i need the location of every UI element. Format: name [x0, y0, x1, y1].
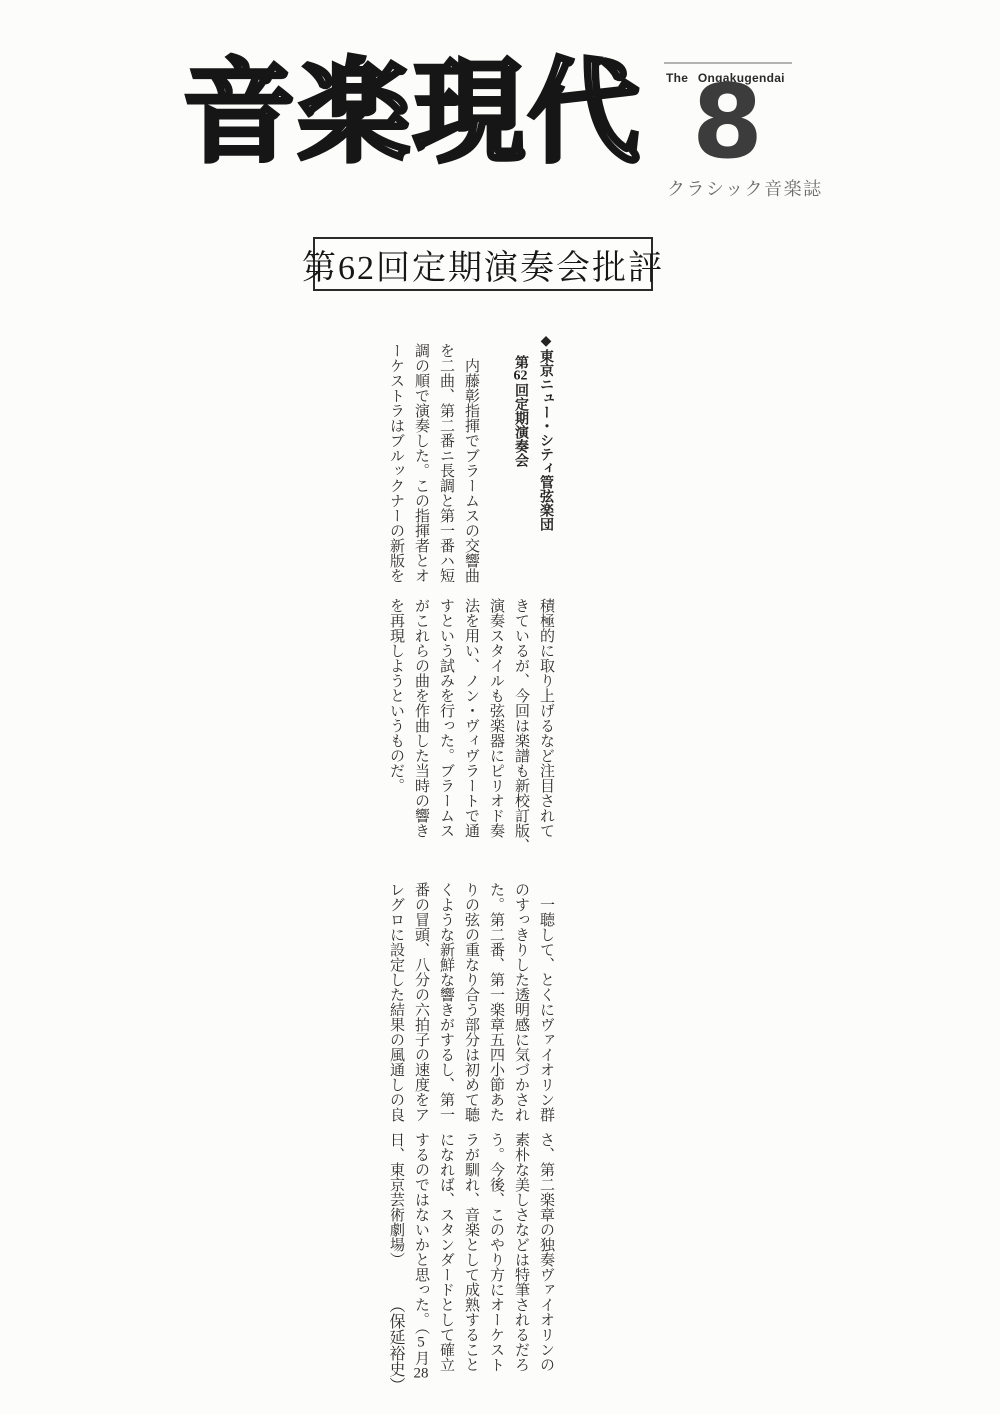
text-column: 番の冒頭、八分の六拍子の速度をア: [408, 882, 433, 1122]
headline-text: 第62回定期演奏会批評: [302, 240, 664, 289]
text-column: 一聴して、とくにヴァイオリン群: [533, 882, 558, 1122]
heading-concert: 第62回定期演奏会: [508, 333, 533, 583]
text-column: た。第二番、第一楽章五四小節あた: [483, 882, 508, 1122]
text-column-pre: するのではないかと思った。（5月: [413, 1132, 429, 1366]
date-number: 28: [413, 1366, 429, 1381]
text-band-1: ◆東京ニュー・シティ管弦楽団 第62回定期演奏会 内藤彰指揮でブラームスの交響曲…: [383, 333, 558, 583]
text-column: 演奏スタイルも弦楽器にピリオド奏: [483, 598, 508, 853]
text-column: ーケストラはブルックナーの新版を: [383, 333, 408, 583]
text-column: 調の順で演奏した。この指揮者とオ: [408, 333, 433, 583]
text-band-2: 積極的に取り上げるなど注目されて きているが、今回は楽譜も新校訂版、 演奏スタイ…: [383, 598, 558, 853]
text-column: するのではないかと思った。（5月28: [408, 1132, 433, 1381]
text-column: さ、第二楽章の独奏ヴァイオリンの: [533, 1132, 558, 1381]
text-column: 法を用い、ノン・ヴィヴラートで通: [458, 598, 483, 853]
text-column: のすっきりした透明感に気づかされ: [508, 882, 533, 1122]
magazine-page: 音楽現代 The Ongakugendai 8 クラシック音楽誌 第62回定期演…: [0, 0, 1000, 1414]
text-column: 積極的に取り上げるなど注目されて: [533, 598, 558, 853]
magazine-logo: 音楽現代: [183, 52, 643, 175]
headline-box: 第62回定期演奏会批評: [313, 237, 653, 291]
text-column: すという試みを行った。ブラームス: [433, 598, 458, 853]
heading-concert-number: 62: [513, 369, 528, 383]
text-column: を再現しようというものだ。: [383, 598, 408, 853]
text-column: になれば、スタンダードとして確立: [433, 1132, 458, 1381]
text-column: う。今後、このやり方にオーケスト: [483, 1132, 508, 1381]
heading-orchestra: ◆東京ニュー・シティ管弦楽団: [533, 333, 558, 583]
tagline: クラシック音楽誌: [667, 175, 823, 201]
text-column: りの弦の重なり合う部分は初めて聴: [458, 882, 483, 1122]
text-column: を二曲、第二番ニ長調と第一番ハ短: [433, 333, 458, 583]
heading-concert-pre: 第: [513, 355, 528, 369]
text-band-4: さ、第二楽章の独奏ヴァイオリンの 素朴な美しさなどは特筆されるだろ う。今後、こ…: [383, 1132, 558, 1381]
text-column: がこれらの曲を作曲した当時の響き: [408, 598, 433, 853]
column-gap: [483, 333, 508, 583]
text-band-3: 一聴して、とくにヴァイオリン群 のすっきりした透明感に気づかされ た。第二番、第…: [383, 882, 558, 1122]
byline: （保延裕史）: [383, 1297, 408, 1393]
text-column: 素朴な美しさなどは特筆されるだろ: [508, 1132, 533, 1381]
text-column: きているが、今回は楽譜も新校訂版、: [508, 598, 533, 853]
issue-number: 8: [692, 72, 763, 174]
text-column: 内藤彰指揮でブラームスの交響曲: [458, 333, 483, 583]
heading-concert-post: 回定期演奏会: [513, 383, 528, 467]
text-column: ラが馴れ、音楽として成熟すること: [458, 1132, 483, 1381]
text-column: レグロに設定した結果の風通しの良: [383, 882, 408, 1122]
text-column: くような新鮮な響きがするし、第一: [433, 882, 458, 1122]
